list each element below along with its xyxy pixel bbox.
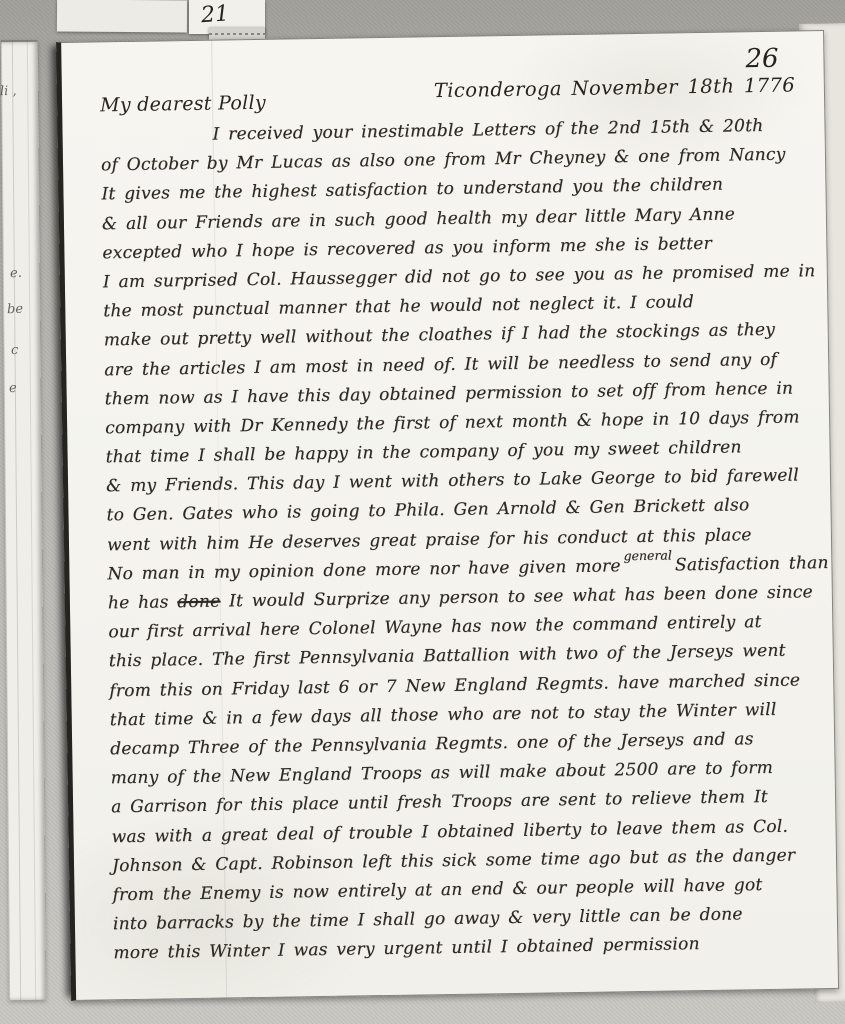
underlying-page-edges-left — [1, 40, 46, 1000]
blank-archival-tab — [57, 0, 187, 32]
margin-fragment: li , — [0, 84, 17, 100]
margin-fragment: e — [9, 381, 17, 396]
margin-fragment: e. — [10, 266, 22, 281]
margin-fragment: c — [11, 343, 19, 358]
dateline: Ticonderoga November 18th 1776 — [434, 73, 796, 102]
page-number: 26 — [745, 44, 779, 75]
text-segment: he has — [108, 592, 178, 613]
margin-fragment: be — [7, 302, 24, 318]
scanned-letter-photo: li ,e.bece 21 26 Ticonderoga November 18… — [0, 0, 845, 1024]
inserted-word: general — [623, 547, 672, 563]
text-segment: No man in my opinion done more nor have … — [107, 556, 621, 584]
struck-word: done — [177, 592, 220, 613]
text-segment: It would Surprize any person to see what… — [220, 582, 813, 611]
tab-21-label: 21 — [200, 0, 266, 28]
letter-body: I received your inestimable Letters of t… — [100, 112, 799, 969]
letter-page: 26 Ticonderoga November 18th 1776 My dea… — [56, 30, 839, 1001]
salutation: My dearest Polly — [100, 92, 266, 117]
text-segment: Satisfaction than — [675, 553, 829, 575]
